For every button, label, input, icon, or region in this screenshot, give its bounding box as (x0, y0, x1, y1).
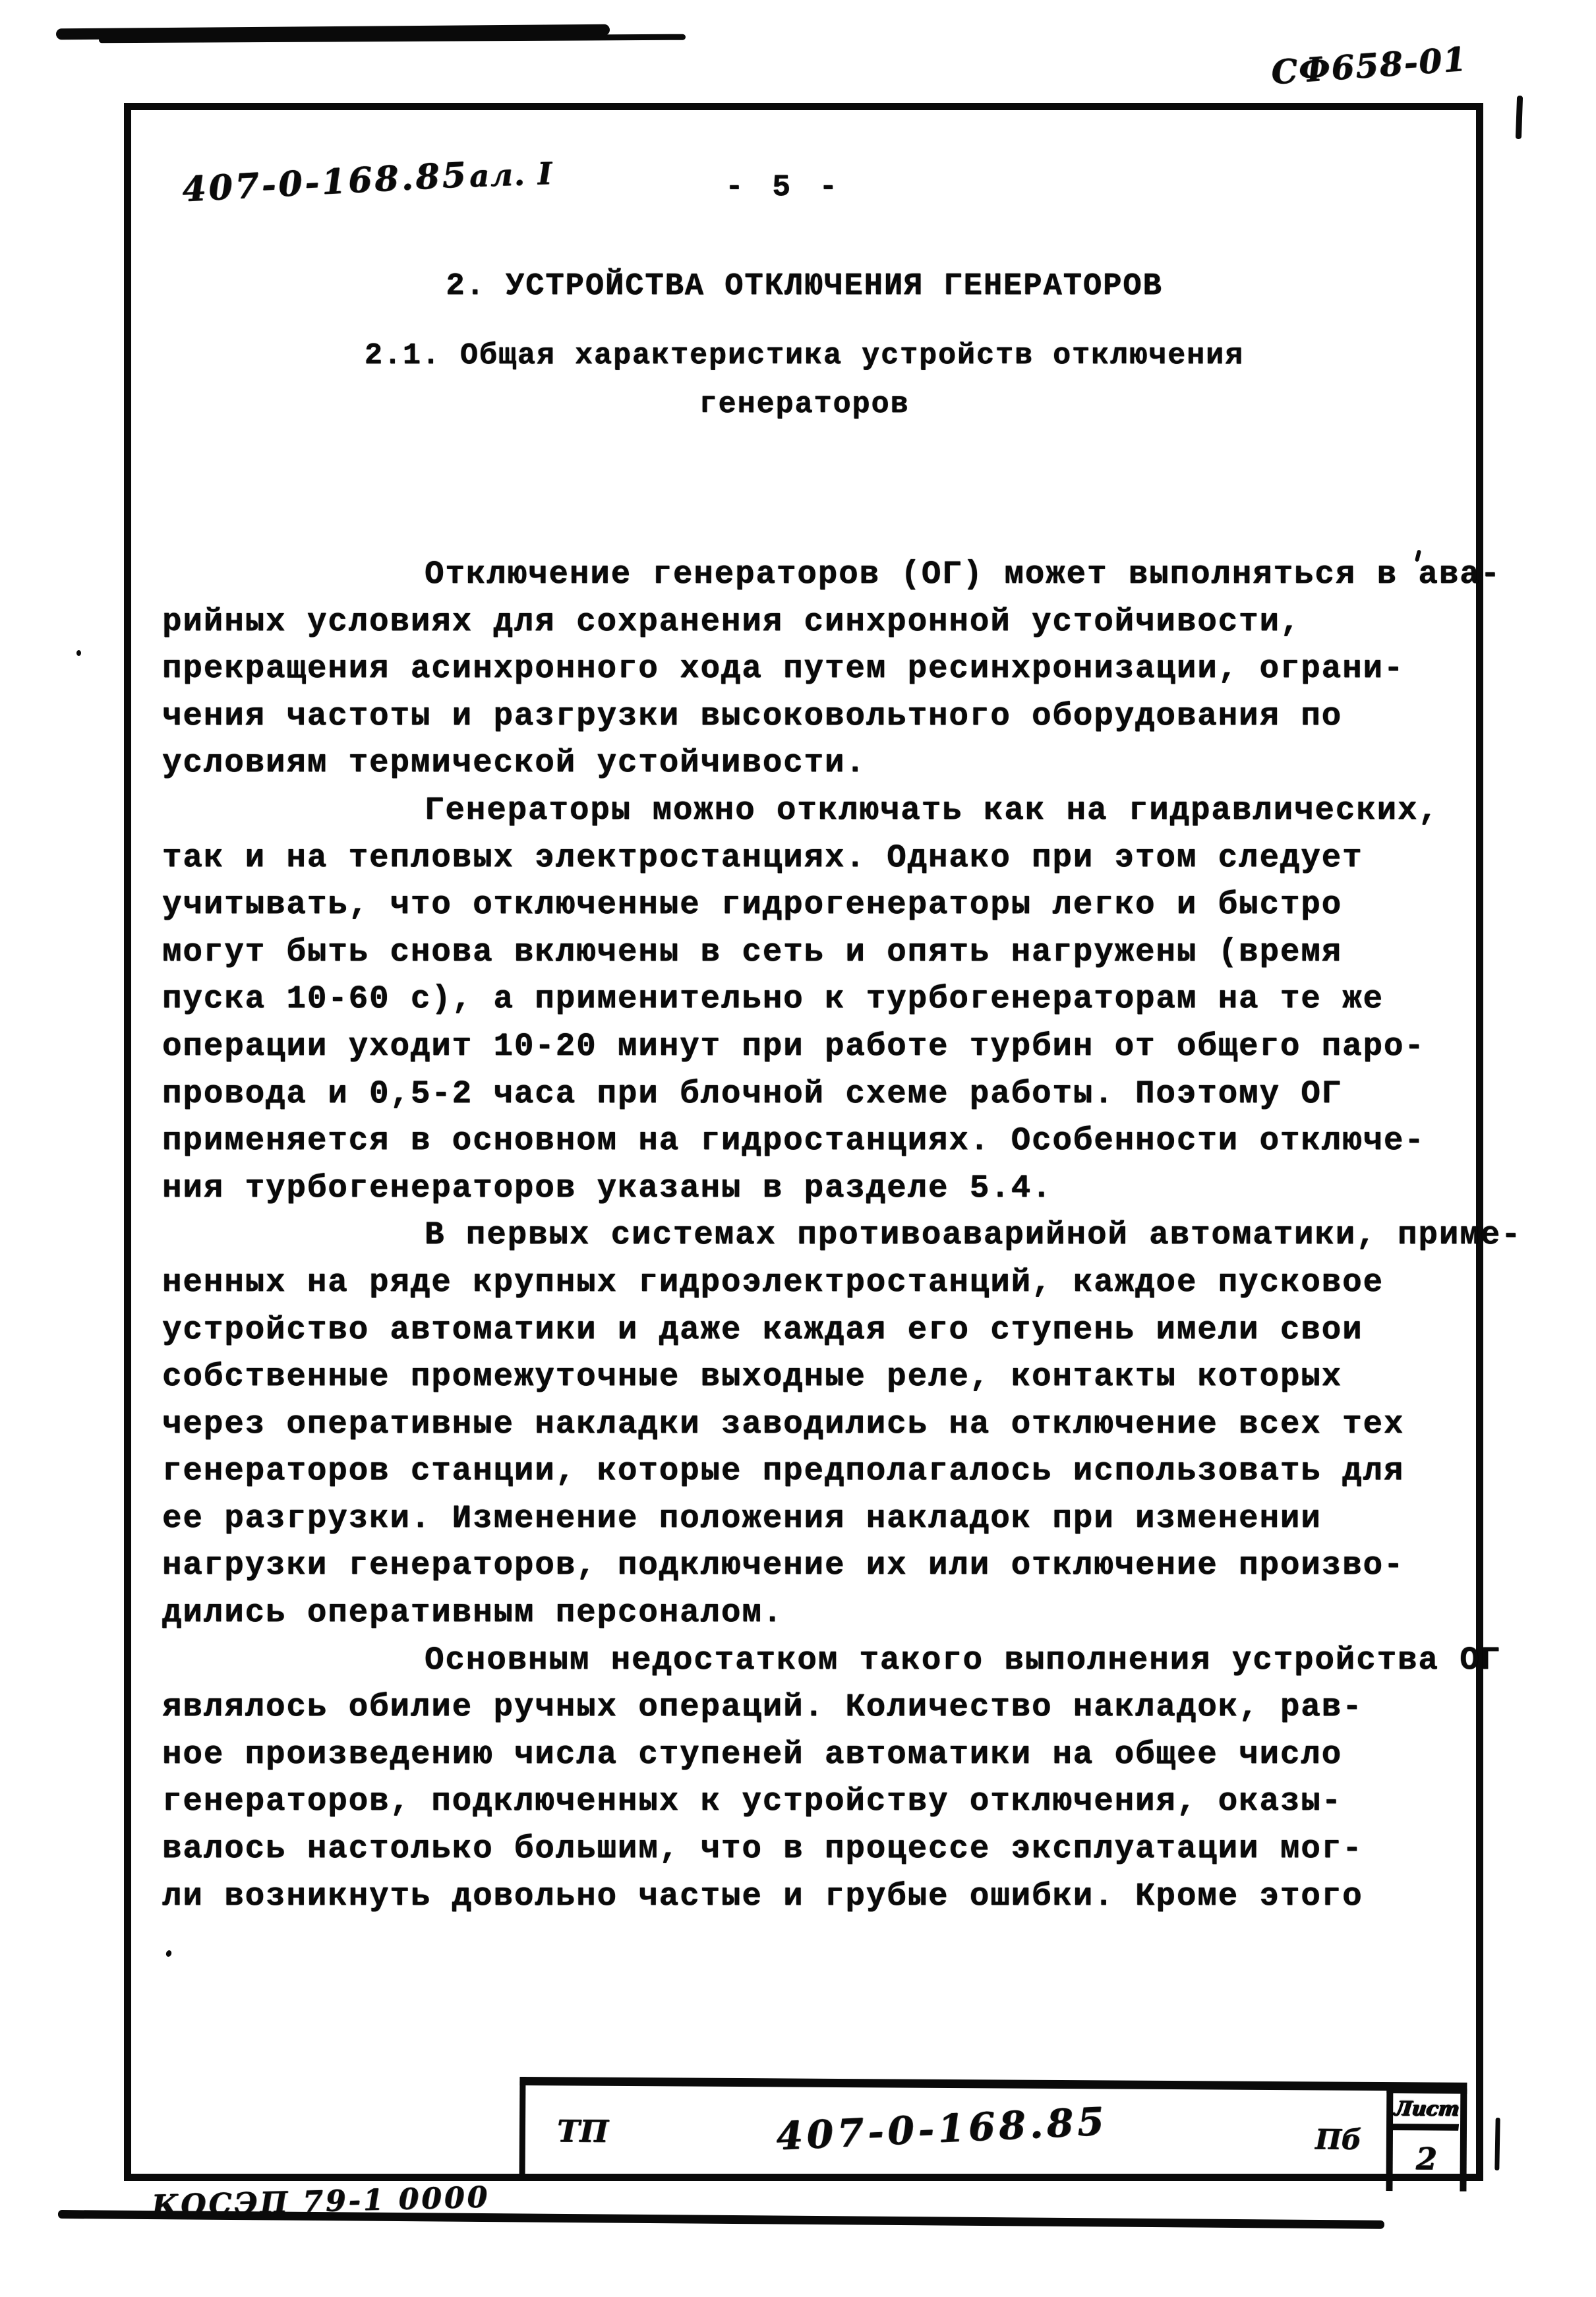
body-line: генераторов, подключенных к устройству о… (162, 1783, 1483, 1830)
body-line: дились оперативным персоналом. (162, 1594, 1483, 1642)
body-line: нагрузки генераторов, подключение их или… (162, 1547, 1483, 1594)
title-block-stamp: ТП 407-0-168.85 Пб Лист 2 (519, 2077, 1467, 2183)
stamp-stage-code: Пб (1315, 2123, 1361, 2155)
section-subtitle-line2: генераторов (125, 388, 1483, 421)
scan-tick-mark-top-right (1516, 96, 1523, 139)
body-line: провода и 0,5-2 часа при блочной схеме р… (162, 1075, 1483, 1123)
body-line: В первых системах противоаварийной автом… (162, 1216, 1483, 1264)
body-line: прекращения асинхронного хода путем реси… (162, 650, 1483, 698)
section-subtitle-line1: 2.1. Общая характеристика устройств откл… (125, 339, 1483, 373)
stamp-org-code: ТП (557, 2113, 608, 2149)
body-text: Отключение генераторов (ОГ) может выполн… (162, 556, 1483, 1924)
stamp-doc-number: 407-0-168.85 (775, 2099, 1109, 2159)
body-line: генераторов станции, которые предполагал… (162, 1452, 1483, 1500)
body-line: валось настолько большим, что в процессе… (162, 1830, 1483, 1878)
sheet-number: 2 (1392, 2130, 1460, 2188)
body-line: могут быть снова включены в сеть и опять… (162, 934, 1483, 981)
body-line: устройство автоматики и даже каждая его … (162, 1311, 1483, 1359)
body-line: через оперативные накладки заводились на… (162, 1406, 1483, 1453)
scan-tick-mark-bottom-right (1494, 2118, 1500, 2170)
body-line: рийных условиях для сохранения синхронно… (162, 603, 1483, 651)
body-line: ее разгрузки. Изменение положения наклад… (162, 1500, 1483, 1547)
body-line: условиям термической устойчивости. (162, 744, 1483, 792)
body-line: ли возникнуть довольно частые и грубые о… (162, 1878, 1483, 1925)
body-line: Генераторы можно отключать как на гидрав… (162, 792, 1483, 839)
body-line: ния турбогенераторов указаны в разделе 5… (162, 1170, 1483, 1217)
body-line: ненных на ряде крупных гидроэлектростанц… (162, 1264, 1483, 1311)
sheet-column: Лист 2 (1386, 2088, 1467, 2192)
page-number: - 5 - (725, 170, 842, 204)
body-line: являлось обилие ручных операций. Количес… (162, 1688, 1483, 1736)
body-line: операции уходит 10-20 минут при работе т… (162, 1028, 1483, 1075)
body-line: применяется в основном на гидростанциях.… (162, 1122, 1483, 1170)
sheet-label: Лист (1391, 2093, 1462, 2131)
body-line: собственные промежуточные выходные реле,… (162, 1358, 1483, 1406)
body-line: Основным недостатком такого выполнения у… (162, 1642, 1483, 1689)
handwritten-album-number: ал. I (469, 156, 554, 194)
body-line: Отключение генераторов (ОГ) может выполн… (162, 556, 1483, 603)
scan-bottom-line (58, 2210, 1384, 2229)
body-line: так и на тепловых электростанциях. Однак… (162, 839, 1483, 887)
body-line: пуска 10-60 с), а применительно к турбог… (162, 980, 1483, 1028)
scanned-document-page: СФ658-01 407-0-168.85 ал. I - 5 - 2. УСТ… (0, 0, 1596, 2297)
section-title: 2. УСТРОЙСТВА ОТКЛЮЧЕНИЯ ГЕНЕРАТОРОВ (125, 269, 1483, 304)
body-line: ное произведению числа ступеней автомати… (162, 1736, 1483, 1783)
body-line: учитывать, что отключенные гидрогенерато… (162, 886, 1483, 934)
handwritten-corner-code: СФ658-01 (1270, 40, 1468, 92)
scan-dot-left-margin (76, 650, 81, 656)
body-line: чения частоты и разгрузки высоковольтног… (162, 698, 1483, 745)
